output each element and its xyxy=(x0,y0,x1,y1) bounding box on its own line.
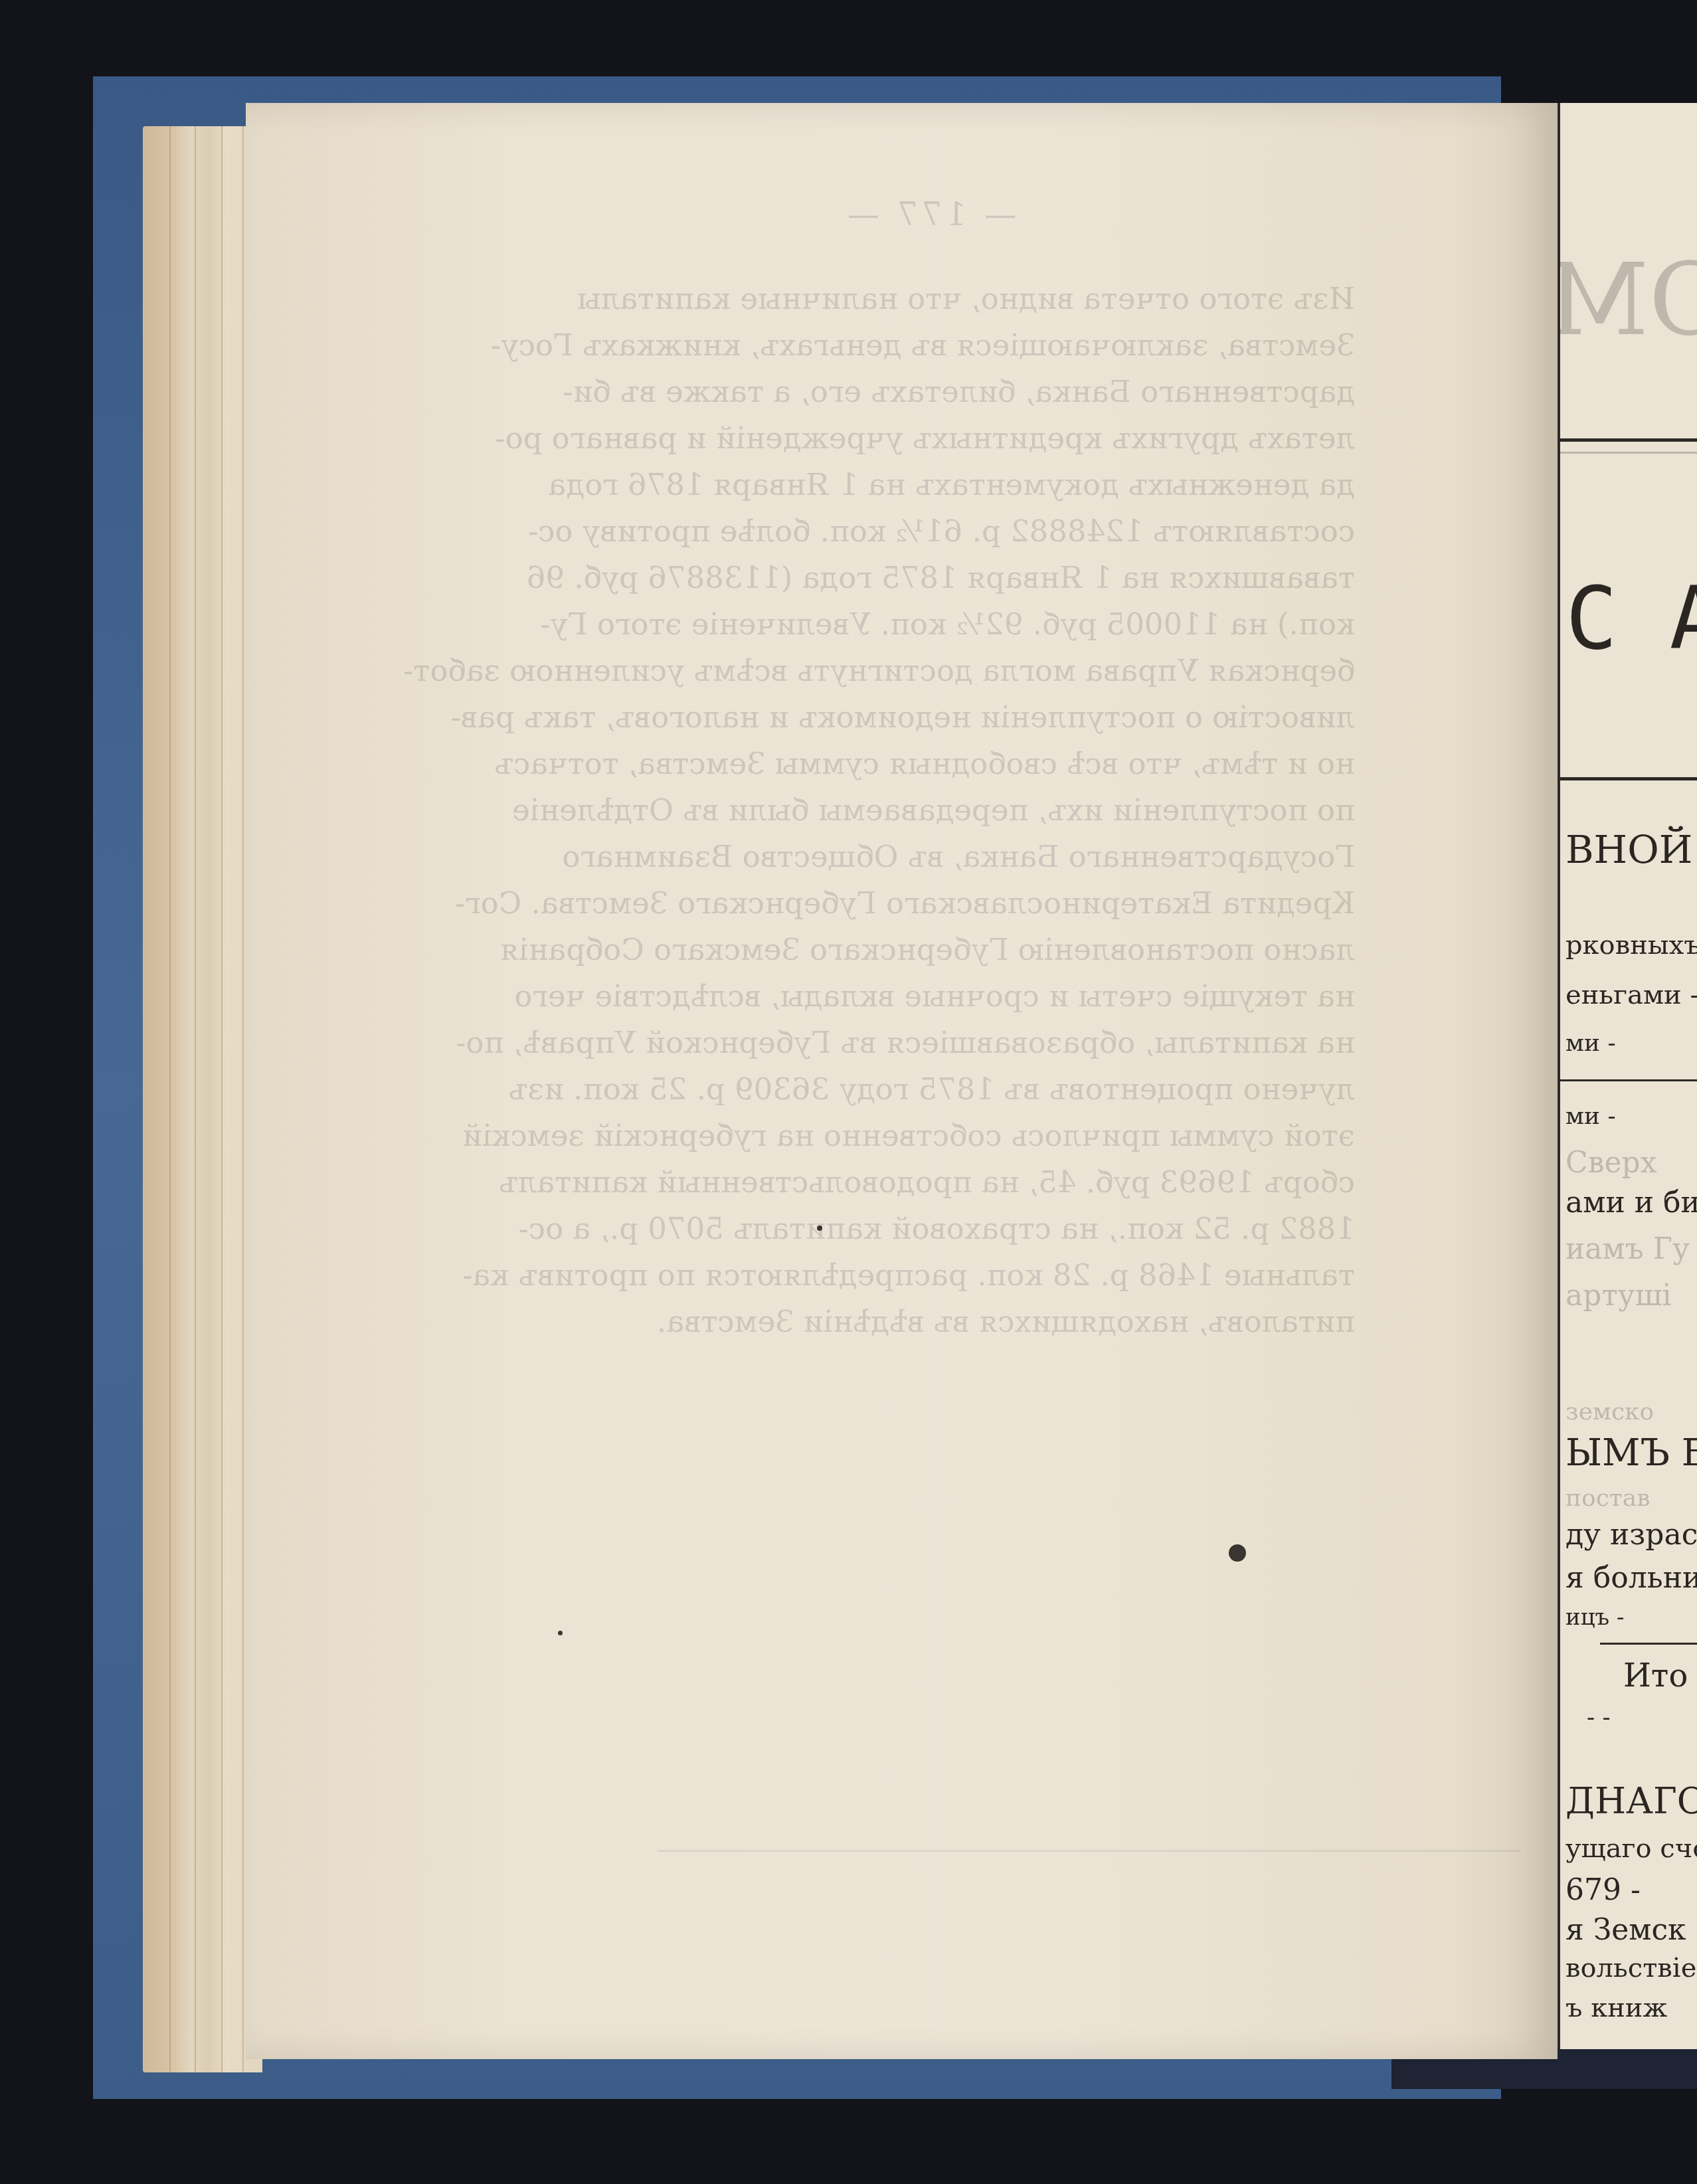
page-edges xyxy=(143,126,262,2072)
np-ghost-line: артуші xyxy=(1565,1279,1672,1313)
np-ghost-line: земско xyxy=(1565,1398,1654,1425)
left-page: — 177 — Изъ этого отчета видно, что нали… xyxy=(246,103,1558,2059)
np-line: 679 - xyxy=(1565,1873,1641,1907)
mirrored-line: коп.) на 110005 руб. 92½ коп. Увеличеніе… xyxy=(425,601,1355,648)
np-title: С А xyxy=(1565,568,1697,669)
mirrored-line: тававшихся на 1 Января 1875 года (113887… xyxy=(425,555,1355,601)
np-rule xyxy=(1560,1079,1697,1081)
mirrored-line: лучено процентовъ въ 1875 году 36309 р. … xyxy=(425,1066,1355,1113)
np-rule xyxy=(1560,438,1697,442)
np-line: ЫМЪ БО xyxy=(1565,1431,1697,1475)
mirrored-line: да денежныхъ документахъ на 1 Января 187… xyxy=(425,462,1355,508)
mirrored-line: на капиталы, образовавшіеся въ Губернско… xyxy=(425,1020,1355,1066)
np-line: я больни xyxy=(1565,1561,1697,1595)
np-ghost-line: Сверх xyxy=(1565,1146,1656,1180)
ink-spot xyxy=(1229,1544,1246,1562)
np-rule xyxy=(1560,777,1697,780)
ink-speck xyxy=(817,1226,822,1231)
mirrored-line: питаловъ, находящихся въ вѣдѣніи Земства… xyxy=(425,1299,1355,1345)
np-line: рковныхъ т xyxy=(1565,930,1697,960)
mirrored-line: ливостію о поступленіи недоимокъ и налог… xyxy=(425,694,1355,741)
mirrored-line: Кредита Екатеринославскаго Губернскаго З… xyxy=(425,880,1355,927)
mirrored-line: составляютъ 1248882 р. 61½ коп. болѣе пр… xyxy=(425,508,1355,555)
mirrored-page-number: — 177 — xyxy=(844,196,1016,233)
np-ghost-line: постав xyxy=(1565,1485,1650,1512)
np-line: ду израсх xyxy=(1565,1518,1697,1552)
mirrored-line: ласно постановленію Губернскаго Земскаго… xyxy=(425,927,1355,973)
np-line: ми - xyxy=(1565,1030,1616,1057)
np-rule xyxy=(1560,452,1697,454)
np-line: я Земск xyxy=(1565,1913,1686,1947)
np-line: ущаго сче xyxy=(1565,1833,1697,1864)
mirrored-line: сборъ 19693 руб. 45, на продовольственны… xyxy=(425,1159,1355,1206)
np-rule xyxy=(1600,1643,1697,1645)
np-header-mirrored: ОВОМ xyxy=(1558,242,1697,358)
np-line: ицъ - xyxy=(1565,1604,1624,1631)
mirrored-line: по поступленіи ихъ, передаваемы были въ … xyxy=(425,787,1355,834)
np-line: ъ книж xyxy=(1565,1993,1667,2023)
np-line: - - xyxy=(1587,1704,1611,1731)
ghost-table-lines xyxy=(658,1850,1521,2184)
mirrored-line: бернская Управа могла достигнуть всѣмъ у… xyxy=(425,648,1355,694)
np-line: ами и бил xyxy=(1565,1186,1697,1220)
mirrored-bleed-through-text: Изъ этого отчета видно, что наличные кап… xyxy=(425,276,1355,1345)
mirrored-line: но и тѣмъ, что всѣ свободныя суммы Земст… xyxy=(425,741,1355,787)
mirrored-line: Изъ этого отчета видно, что наличные кап… xyxy=(425,276,1355,322)
np-line: Ито xyxy=(1623,1657,1688,1694)
right-page-fragment: ОВОМ С А ВНОЙ С рковныхъ т еньгами - ми … xyxy=(1558,103,1697,2049)
mirrored-line: 1882 р. 52 коп., на страховой капиталъ 5… xyxy=(425,1206,1355,1252)
np-line: ДНАГО xyxy=(1565,1780,1697,1822)
mirrored-line: Государственнаго Банка, въ Общество Взаи… xyxy=(425,834,1355,880)
mirrored-line: тальные 1468 р. 28 коп. распредѣляются п… xyxy=(425,1252,1355,1299)
np-line: ВНОЙ С xyxy=(1565,827,1697,872)
np-line: вольствіе xyxy=(1565,1953,1696,1983)
ink-speck xyxy=(558,1631,563,1635)
mirrored-line: дарственнаго Банка, билетахъ его, а такж… xyxy=(425,369,1355,415)
mirrored-line: на текущіе счеты и срочные вклады, вслѣд… xyxy=(425,973,1355,1020)
mirrored-line: летахъ другихъ кредитныхъ учрежденій и р… xyxy=(425,415,1355,462)
mirrored-line: этой суммы причлось собственно на губерн… xyxy=(425,1113,1355,1159)
np-line: еньгами - xyxy=(1565,980,1697,1010)
np-ghost-line: иамъ Гу xyxy=(1565,1232,1690,1266)
np-line: ми - xyxy=(1565,1103,1616,1130)
mirrored-line: Земства, заключающіеся въ деньгахъ, книж… xyxy=(425,322,1355,369)
